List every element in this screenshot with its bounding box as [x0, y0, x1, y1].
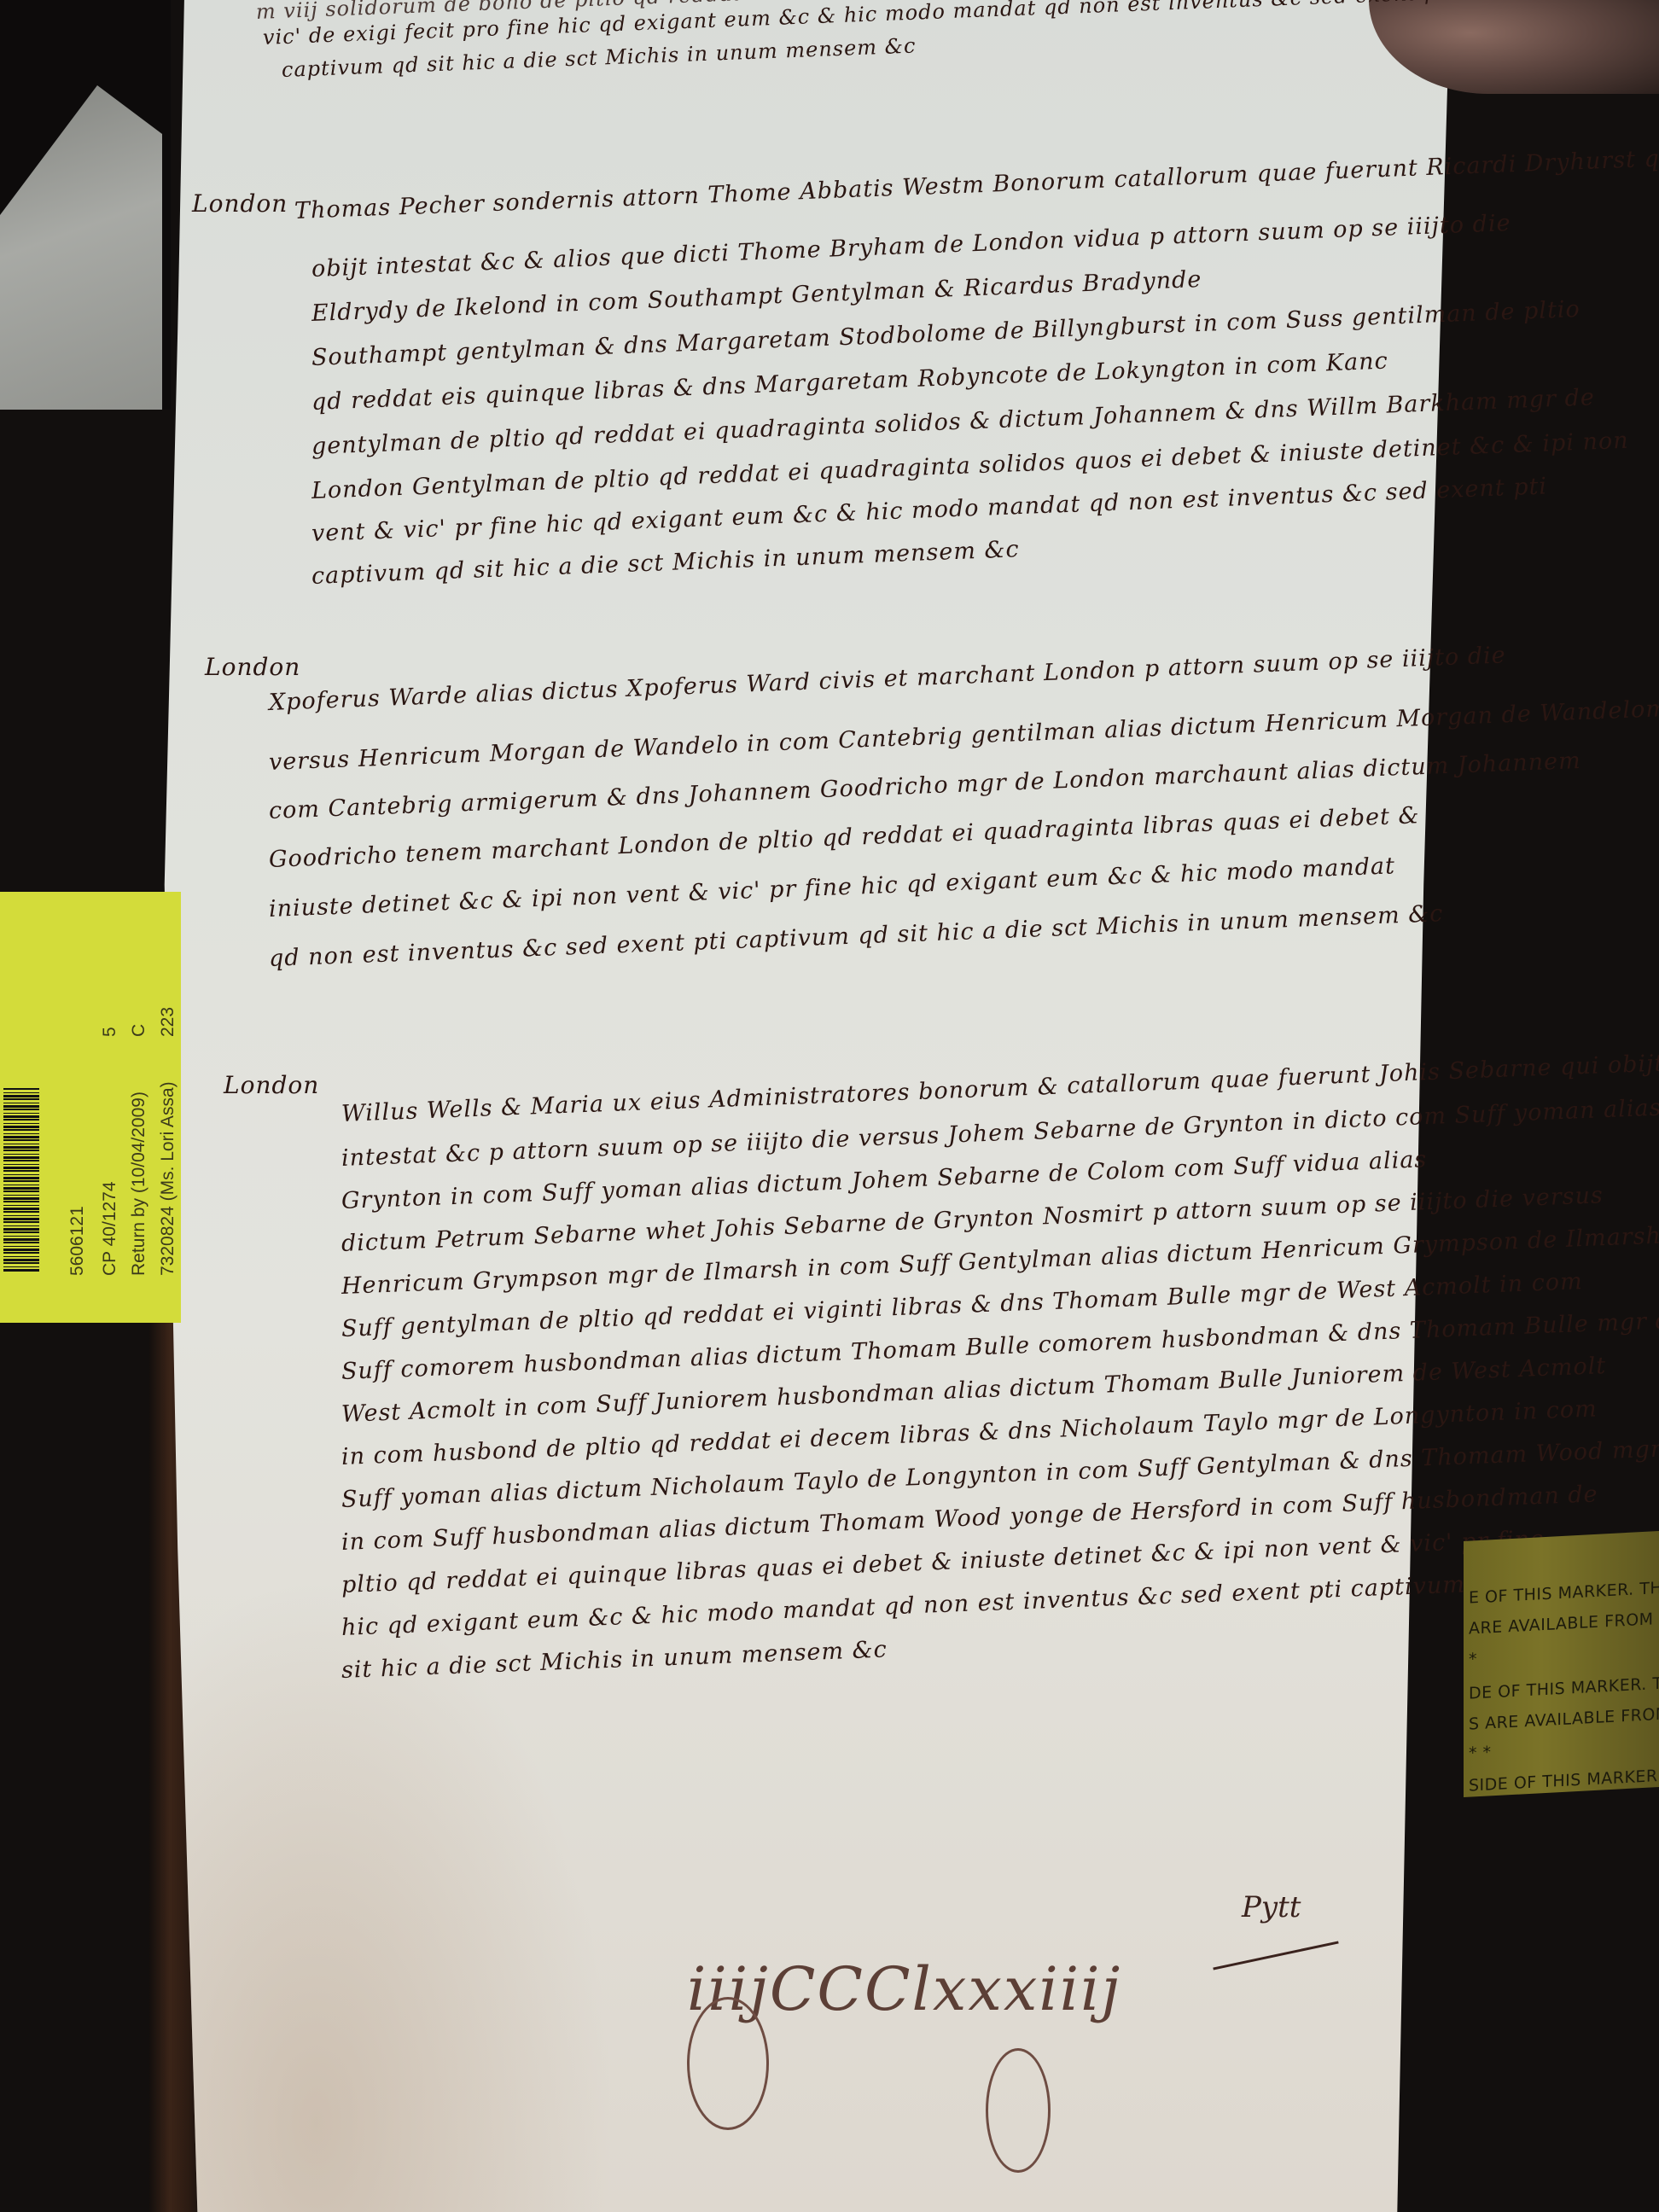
label-reference: CP 40/1274	[101, 1181, 119, 1276]
marker-text-line: *	[1469, 1650, 1477, 1669]
entry-margin-heading: London	[205, 653, 300, 681]
numeral-flourish-left	[687, 1997, 769, 2130]
marker-text-line: S ARE AVAILABLE FROM TH	[1469, 1703, 1659, 1734]
marker-text-line: ARE AVAILABLE FROM TH	[1469, 1609, 1659, 1639]
archive-marker-strip: E OF THIS MARKER. THI ARE AVAILABLE FROM…	[1464, 1531, 1659, 1797]
barcode	[3, 1088, 39, 1272]
marker-text-line: SIDE OF THIS MARKER. TH	[1469, 1765, 1659, 1796]
label-requester: 7320824 (Ms. Lori Assa)	[159, 1081, 177, 1276]
label-location-code: 5	[101, 1027, 119, 1037]
label-location-code: C	[130, 1024, 148, 1037]
marker-text-line: DE OF THIS MARKER. TH	[1469, 1674, 1659, 1703]
entry-margin-heading: London	[192, 189, 288, 218]
label-location-code: 223	[159, 1007, 177, 1037]
numeral-flourish-right	[986, 2048, 1051, 2173]
clerk-signoff: Pytt	[1242, 1890, 1301, 1924]
marker-text-line: * *	[1469, 1743, 1492, 1762]
marker-text-line: E OF THIS MARKER. THI	[1469, 1578, 1659, 1607]
label-return-by: Return by (10/04/2009)	[130, 1091, 148, 1276]
label-barcode-number: 5606121	[68, 1206, 86, 1276]
entry-margin-heading: London	[224, 1071, 319, 1099]
